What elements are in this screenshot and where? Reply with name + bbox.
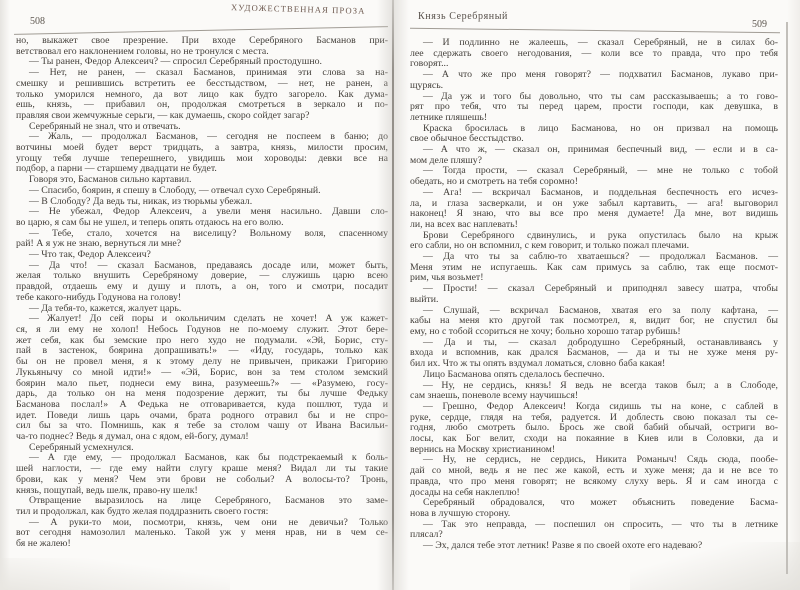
- paragraph: но, выкажет свое презрение. При входе Се…: [16, 36, 388, 57]
- text-line: — Прости! — сказал Серебряный и приподня…: [410, 284, 778, 295]
- paragraph: — Не убежал, Федор Алексеич, а увели мен…: [16, 207, 388, 228]
- paragraph: — Спасибо, боярин, я спешу в Слободу, — …: [16, 186, 388, 197]
- running-head-left: ХУДОЖЕСТВЕННАЯ ПРОЗА: [231, 2, 366, 16]
- right-page-body: — И подлинно не жалеешь, — сказал Серебр…: [410, 38, 778, 552]
- paragraph: — Да что! — сказал Басманов, предаваясь …: [16, 261, 388, 304]
- text-line: Басманова послал!» А Федька не отговарив…: [16, 400, 388, 411]
- paragraph: — Прости! — сказал Серебряный и приподня…: [410, 284, 778, 305]
- paragraph: — Ага! — вскричал Басманов, и поддельная…: [410, 188, 778, 231]
- paragraph: — Да уж и того бы довольно, что ты сам р…: [410, 92, 778, 124]
- text-line: — Так это неправда, — поспешил он спроси…: [410, 520, 778, 531]
- text-line: вот сегодня намозолил маленько. Такой уж…: [16, 528, 388, 539]
- header-rule-left: [14, 26, 388, 35]
- paragraph: Брови Серебряного сдвинулись, и рука опу…: [410, 231, 778, 252]
- paragraph: — И подлинно не жалеешь, — сказал Серебр…: [410, 38, 778, 70]
- paragraph: Отвращение выразилось на лице Серебряног…: [16, 496, 388, 517]
- text-line: — А что же про меня говорят? — подхватил…: [410, 70, 778, 81]
- text-line: смешку и решившись встретить ее бесстыдс…: [16, 79, 388, 90]
- paragraph: — Жалует! До сей поры и окольничим сдела…: [16, 314, 388, 442]
- text-line: Лукьянычу со мной идти!» — «Эй, Борис, в…: [16, 368, 388, 379]
- paragraph: Краска бросилась в лицо Басманова, но он…: [410, 124, 778, 145]
- text-line: правда, что про меня говорят; не всякому…: [410, 477, 778, 488]
- paragraph: Серебряный обрадовался, что может объясн…: [410, 498, 778, 519]
- paragraph: — Грешно, Федор Алексеич! Когда сидишь т…: [410, 402, 778, 456]
- text-line: Лицо Басманова опять сделалось беспечно.: [410, 370, 778, 381]
- paragraph: Лицо Басманова опять сделалось беспечно.: [410, 370, 778, 381]
- text-line: — Спасибо, боярин, я спешу в Слободу, — …: [16, 186, 388, 197]
- gutter-line: [392, 0, 394, 590]
- text-line: выйти.: [410, 295, 778, 306]
- text-line: бя не жалею!: [16, 539, 388, 550]
- paragraph: — Слушай, — вскричал Басманов, хватая ег…: [410, 306, 778, 338]
- paragraph: — А что же про меня говорят? — подхватил…: [410, 70, 778, 91]
- left-page-body: но, выкажет свое презрение. При входе Се…: [16, 36, 388, 550]
- paragraph: — Нет, не ранен, — сказал Басманов, прин…: [16, 68, 388, 122]
- book-spread-photo: ХУДОЖЕСТВЕННАЯ ПРОЗА 508 но, выкажет сво…: [0, 0, 800, 590]
- photo-left-edge-shadow: [0, 0, 10, 590]
- header-rule-right: [410, 28, 780, 34]
- paragraph: — Тебе, стало, хочется на виселицу? Воль…: [16, 229, 388, 250]
- text-line: — Эх, дался тебе этот летник! Разве я по…: [410, 541, 778, 552]
- paragraph: — Так это неправда, — поспешил он спроси…: [410, 520, 778, 541]
- text-line: — Грешно, Федор Алексеич! Когда сидишь т…: [410, 402, 778, 413]
- paragraph: — А где ему, — продолжал Басманов, как б…: [16, 453, 388, 496]
- paragraph: — Да что ты за саблю-то хватаешься? — пр…: [410, 252, 778, 284]
- book-page-edge-line: [786, 22, 788, 574]
- text-line: щурясь.: [410, 81, 778, 92]
- paragraph: — Ну, не сердись, князь! Я ведь не всегд…: [410, 381, 778, 402]
- photo-right-edge-shadow: [787, 0, 800, 590]
- text-line: брови, как у меня? Чем эти брови не собо…: [16, 475, 388, 486]
- photo-bottom-left-shadow: [0, 558, 230, 590]
- text-line: лее сдержать своего негодования, — коли …: [410, 49, 778, 60]
- paragraph: — А что ж, — сказал он, принимая беспечн…: [410, 145, 778, 166]
- paragraph: — А руки-то мои, посмотри, князь, чем он…: [16, 518, 388, 550]
- text-line: — Ага! — вскричал Басманов, и поддельная…: [410, 188, 778, 199]
- paragraph: — Жаль, — продолжал Басманов, — сегодня …: [16, 132, 388, 175]
- paragraph: — Эх, дался тебе этот летник! Разве я по…: [410, 541, 778, 552]
- paragraph: — Тогда прости, — сказал Серебряный, — м…: [410, 166, 778, 187]
- page-number-left: 508: [30, 16, 45, 27]
- text-line: тебе какого-нибудь Годунова на голову!: [16, 293, 388, 304]
- paragraph: — Ну, не сердись, не сердись, Никита Ром…: [410, 455, 778, 498]
- page-number-right: 509: [752, 19, 767, 30]
- paragraph: — Да и ты, — сказал добродушно Серебряны…: [410, 338, 778, 370]
- running-head-right: Князь Серебряный: [418, 11, 508, 22]
